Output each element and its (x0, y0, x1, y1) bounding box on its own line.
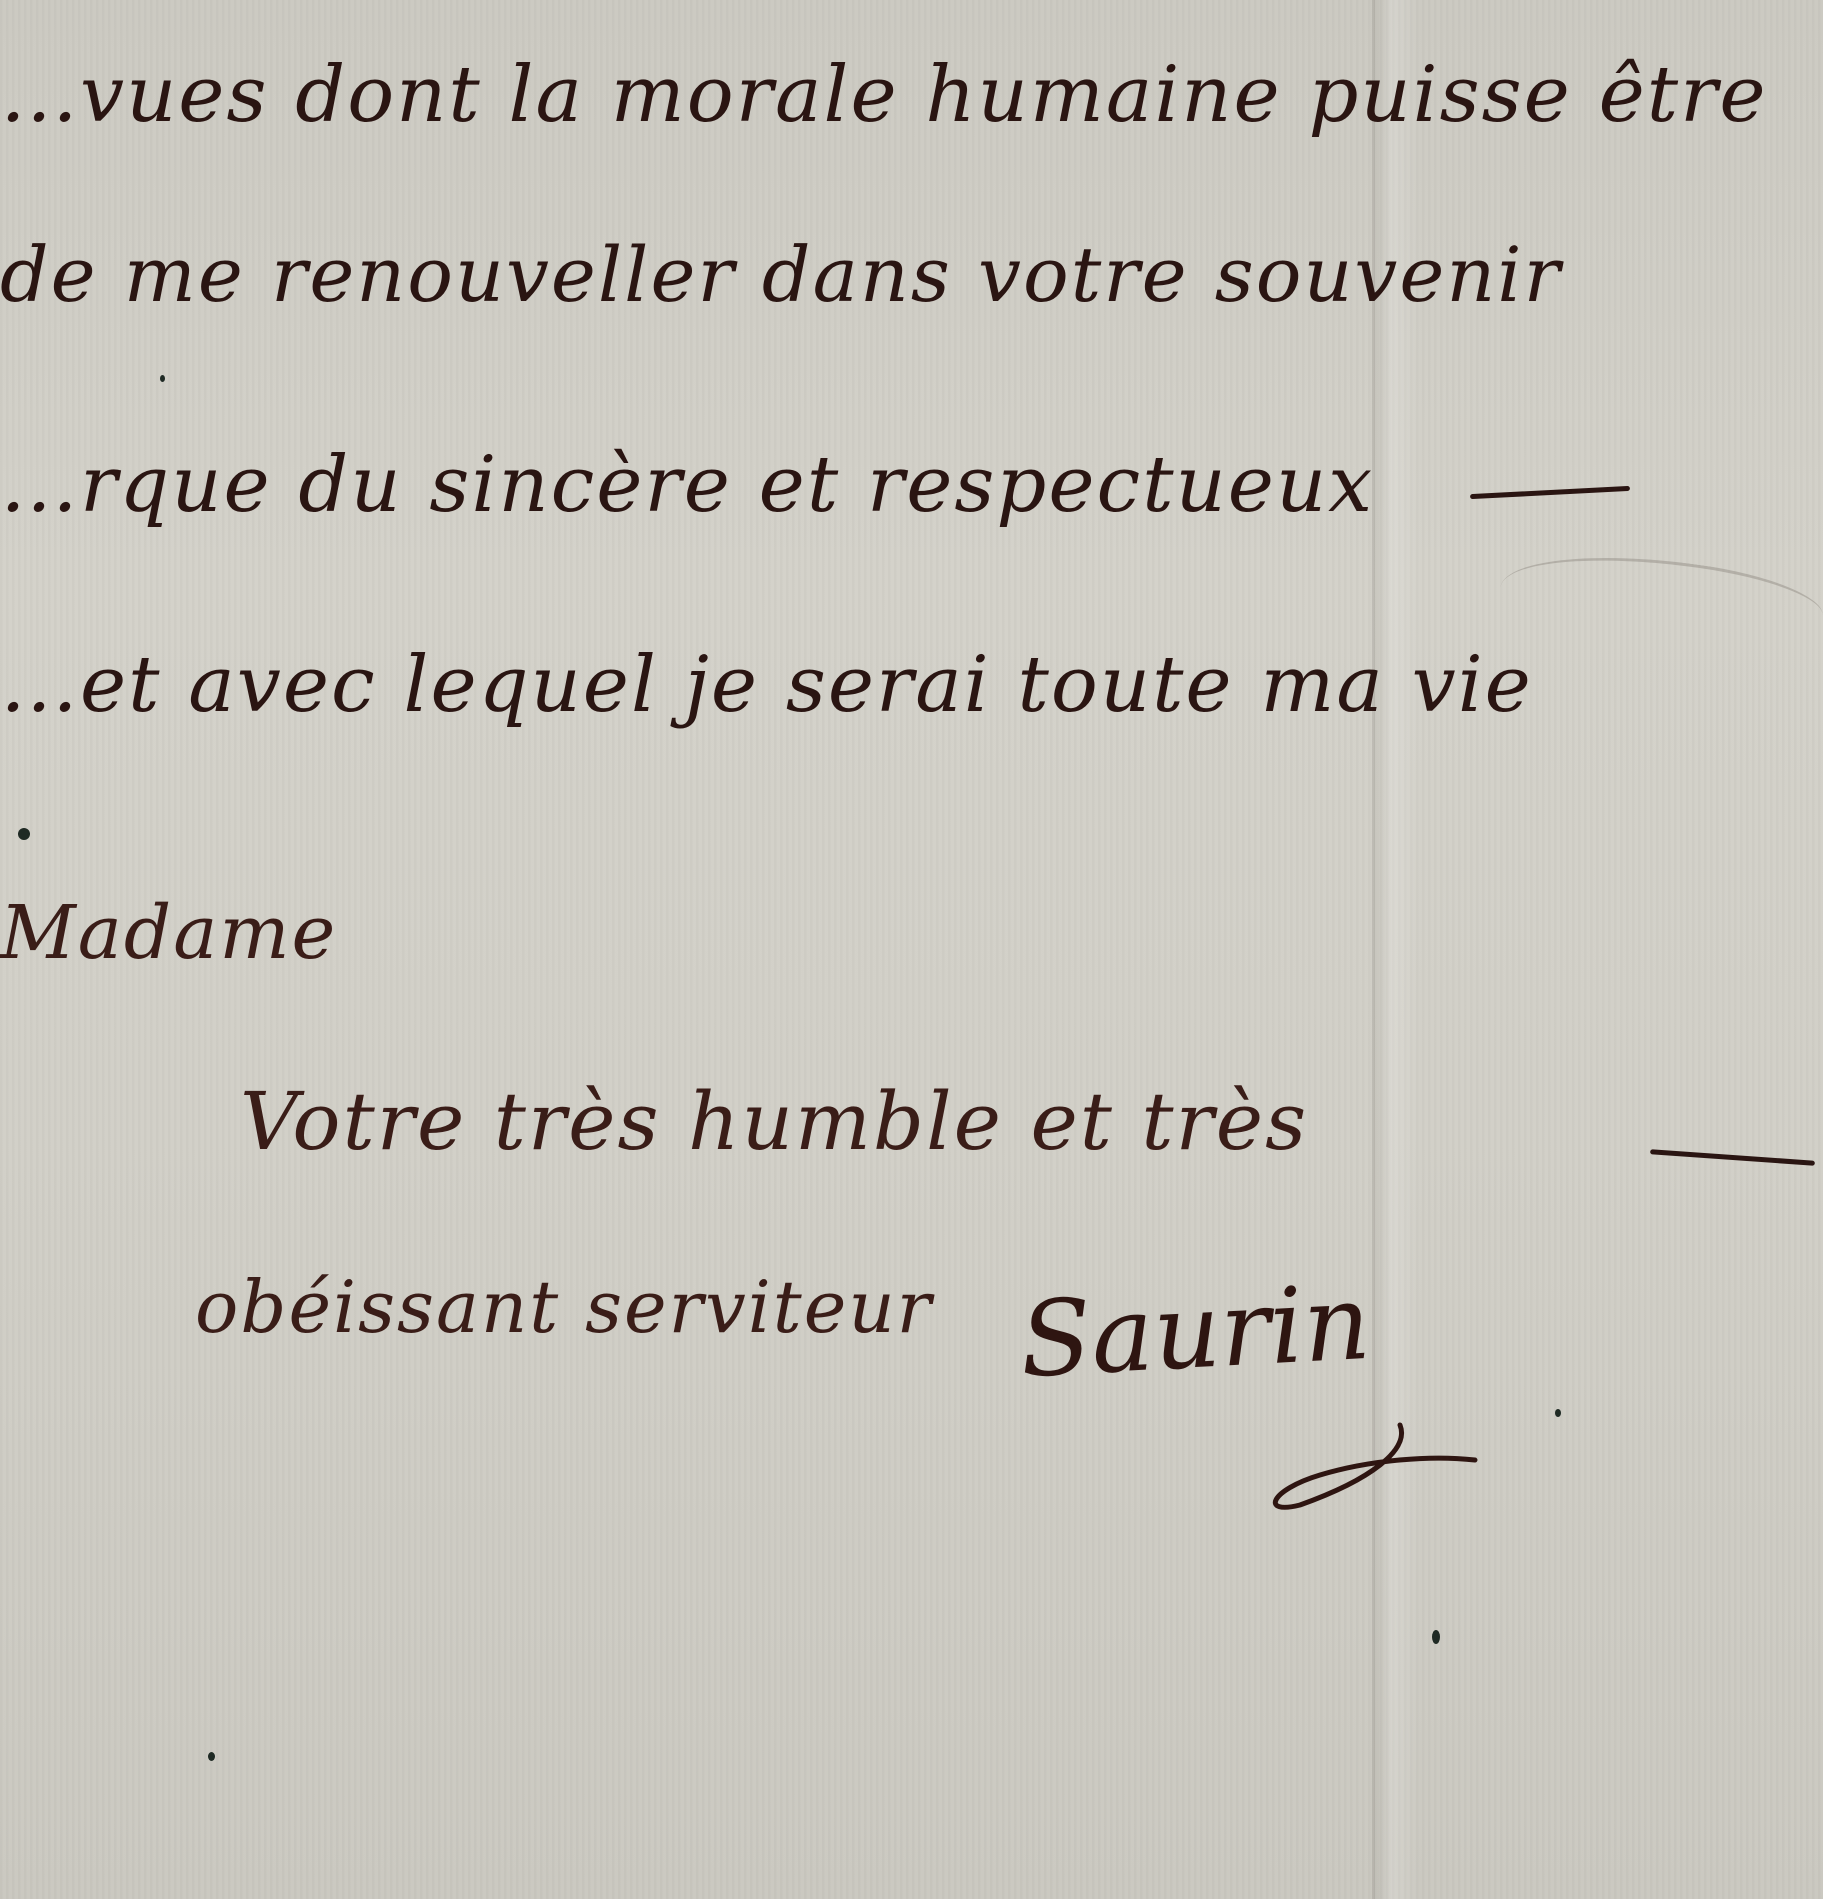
ink-speck (18, 828, 30, 840)
signature-flourish-icon (1260, 1420, 1480, 1510)
closing-line-1: Votre très humble et très (240, 1075, 1308, 1168)
letter-line-2: de me renouveller dans votre souvenir (0, 230, 1562, 319)
salutation: Madame (0, 890, 337, 976)
letter-line-3: …rque du sincère et respectueux (0, 440, 1374, 530)
letter-line-1: …vues dont la morale humaine puisse être (0, 50, 1768, 140)
letter-line-4: …et avec lequel je serai toute ma vie (0, 640, 1533, 730)
ink-speck (160, 375, 165, 382)
signature: Saurin (1017, 1261, 1373, 1401)
closing-line-2: obéissant serviteur (195, 1265, 933, 1349)
ink-speck (1432, 1630, 1440, 1644)
ink-speck (1555, 1409, 1561, 1417)
ink-speck (208, 1752, 215, 1761)
